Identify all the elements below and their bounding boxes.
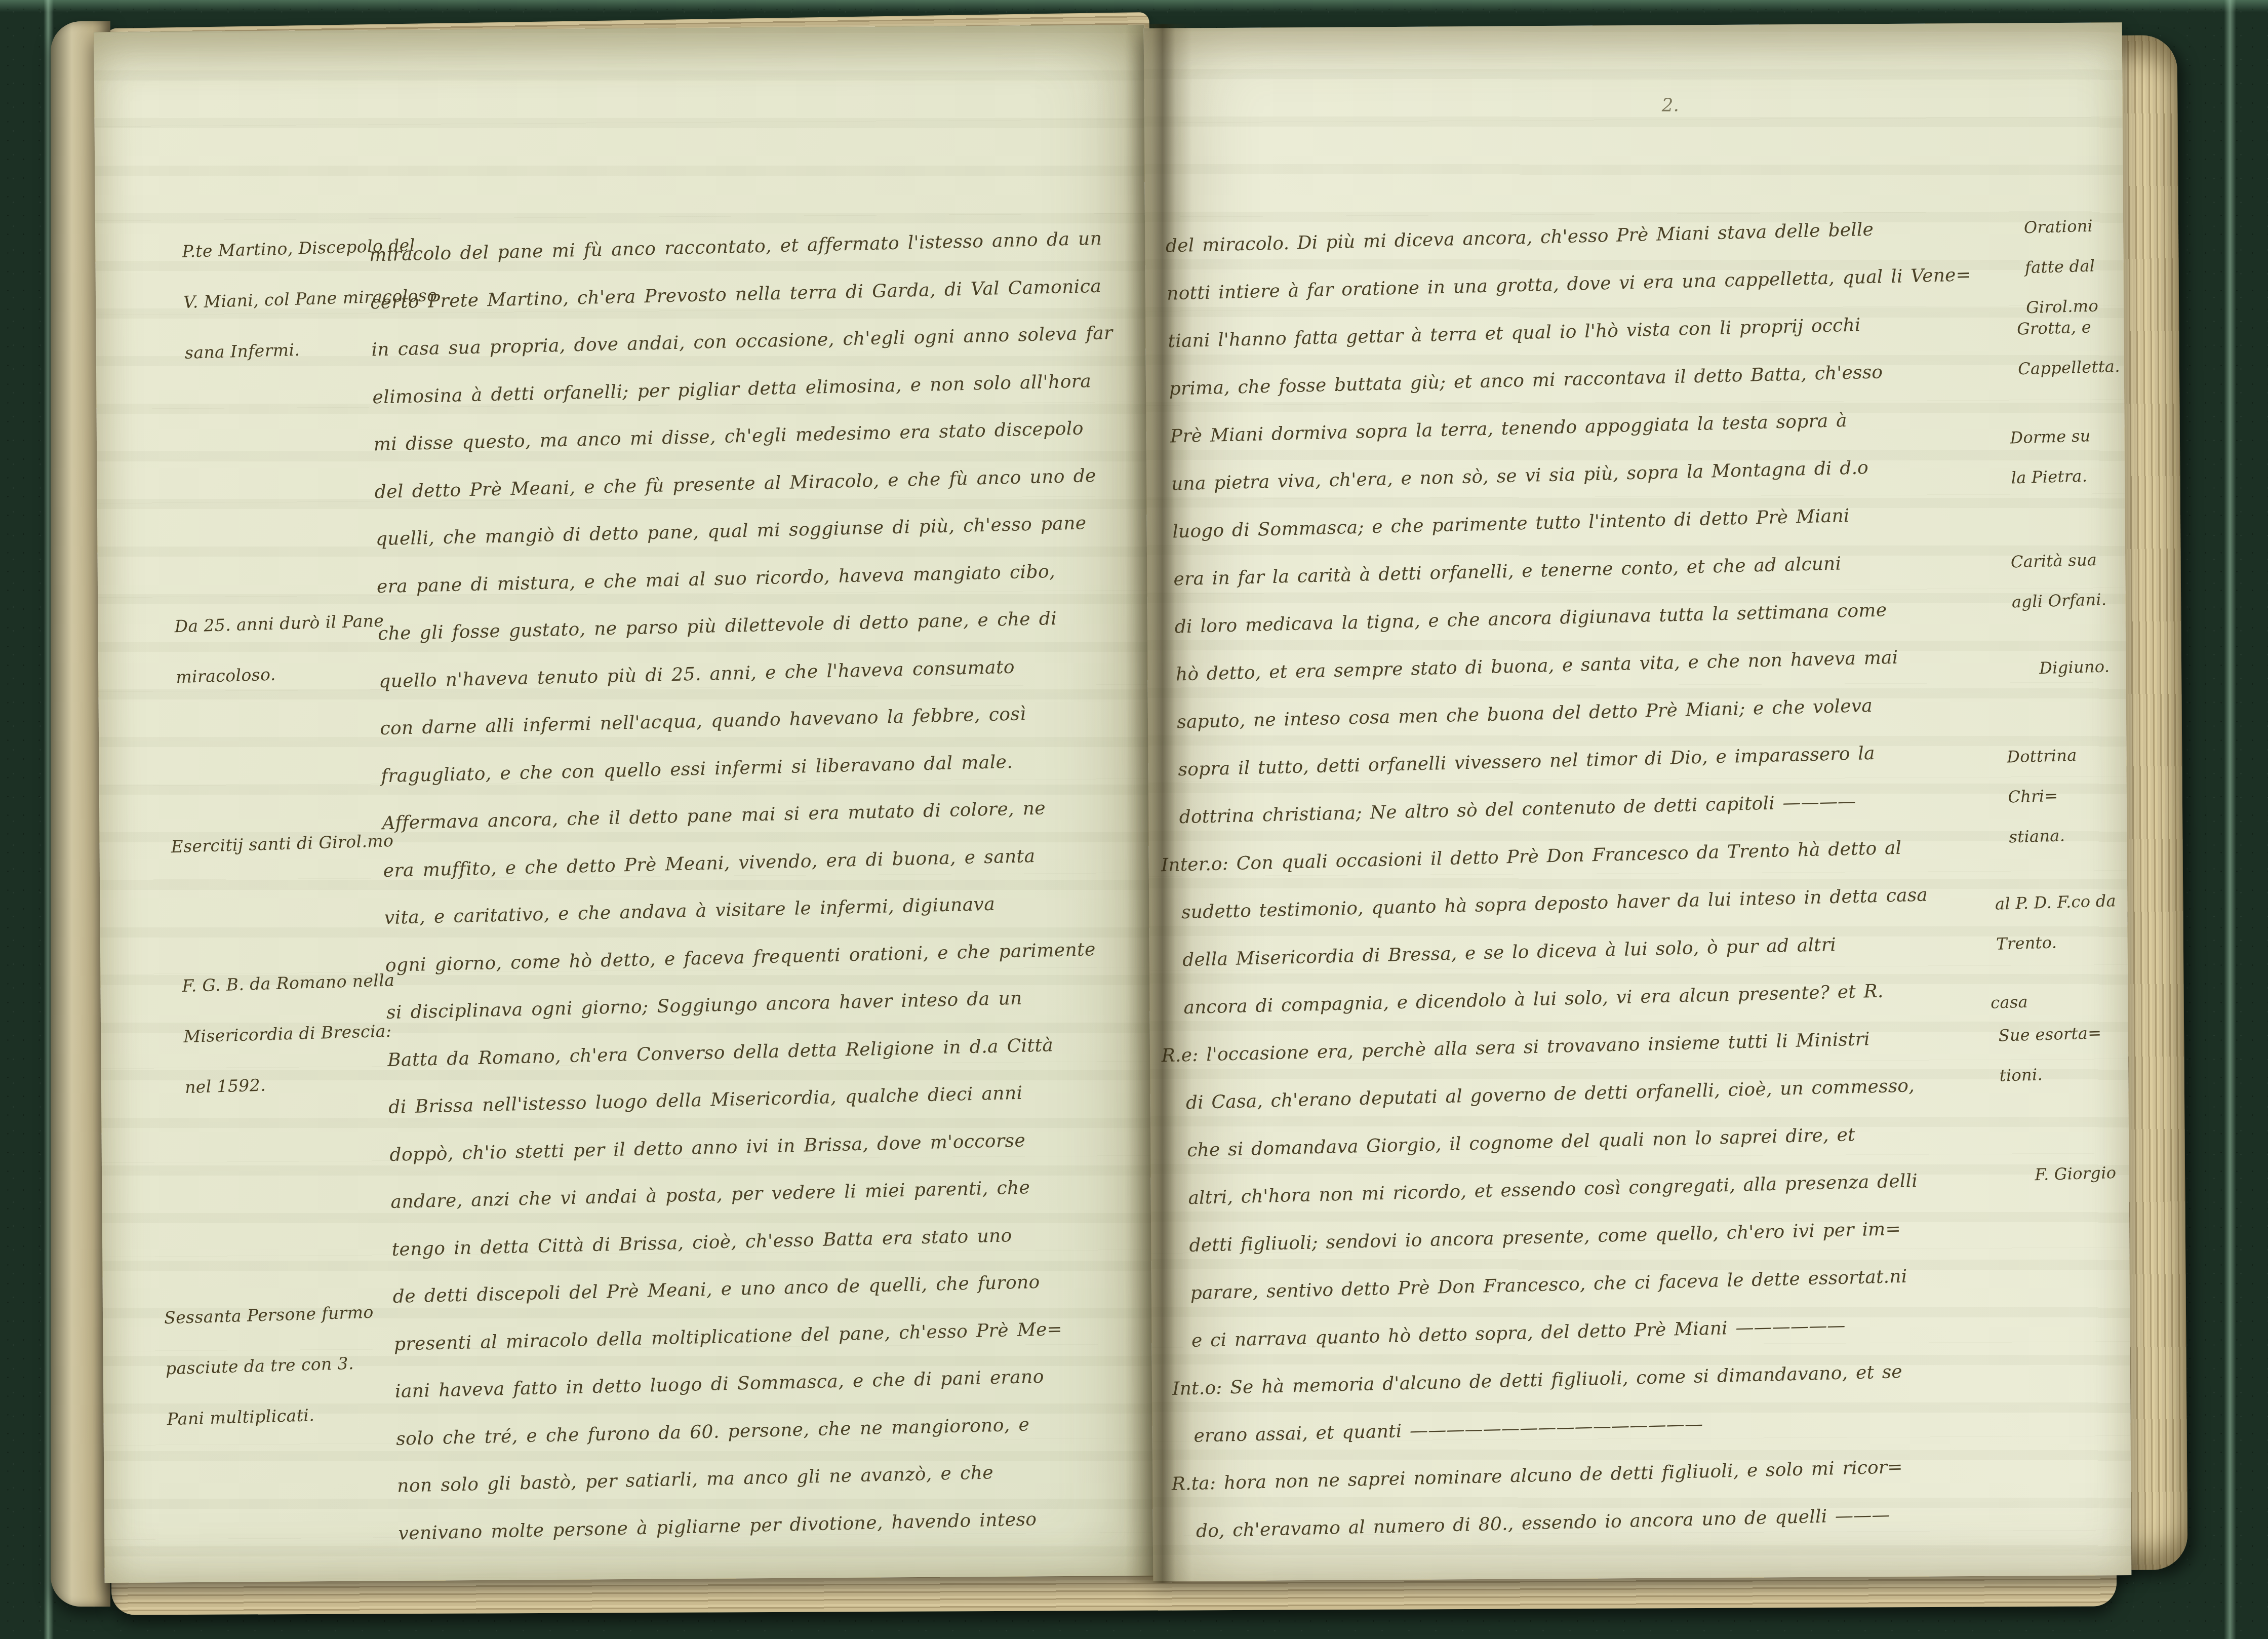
right-page-text: del miracolo. Di più mi diceva ancora, c… bbox=[1165, 204, 2001, 1555]
margin-note: al P. D. F.co da Trento. bbox=[1995, 881, 2118, 964]
scanned-manuscript-photo: { "document": { "description": "Scan of … bbox=[0, 0, 2268, 1639]
scanner-glass-reflection-right bbox=[2224, 0, 2236, 1639]
margin-note: Esercitij santi di Girol.mo bbox=[170, 815, 394, 872]
margin-note: Carità sua agli Orfani. bbox=[2010, 539, 2107, 622]
margin-note: Da 25. anni durò il Pane miracoloso. bbox=[174, 596, 386, 703]
margin-note: Grotta, e Cappelletta. bbox=[2016, 306, 2121, 389]
open-book: P.te Martino, Discepolo del V. Miani, co… bbox=[51, 11, 2182, 1627]
right-page-margin-notes: Orationi fatte dal Girol.moGrotta, e Cap… bbox=[1144, 22, 2122, 28]
scanner-glass-reflection-top bbox=[0, 0, 2268, 12]
left-page: P.te Martino, Discepolo del V. Miani, co… bbox=[94, 25, 1155, 1583]
page-number: 2. bbox=[1661, 95, 1679, 115]
right-page: 2. Orationi fatte dal Girol.moGrotta, e … bbox=[1144, 22, 2132, 1581]
margin-note: Dottrina Chri= stiana. bbox=[2006, 734, 2129, 857]
margin-note: Dorme su la Pietra. bbox=[2009, 416, 2092, 498]
margin-note: F. Giorgio bbox=[2034, 1153, 2117, 1195]
margin-note: Sue esorta= tioni. bbox=[1998, 1013, 2103, 1096]
left-page-text: miracolo del pane mi fù anco raccontato,… bbox=[369, 215, 1140, 1557]
margin-note: Sessanta Persone furmo pasciute da tre c… bbox=[164, 1287, 377, 1445]
margin-note: Digiuno. bbox=[2039, 646, 2110, 688]
margin-note: F. G. B. da Romano nella Misericordia di… bbox=[181, 955, 398, 1113]
